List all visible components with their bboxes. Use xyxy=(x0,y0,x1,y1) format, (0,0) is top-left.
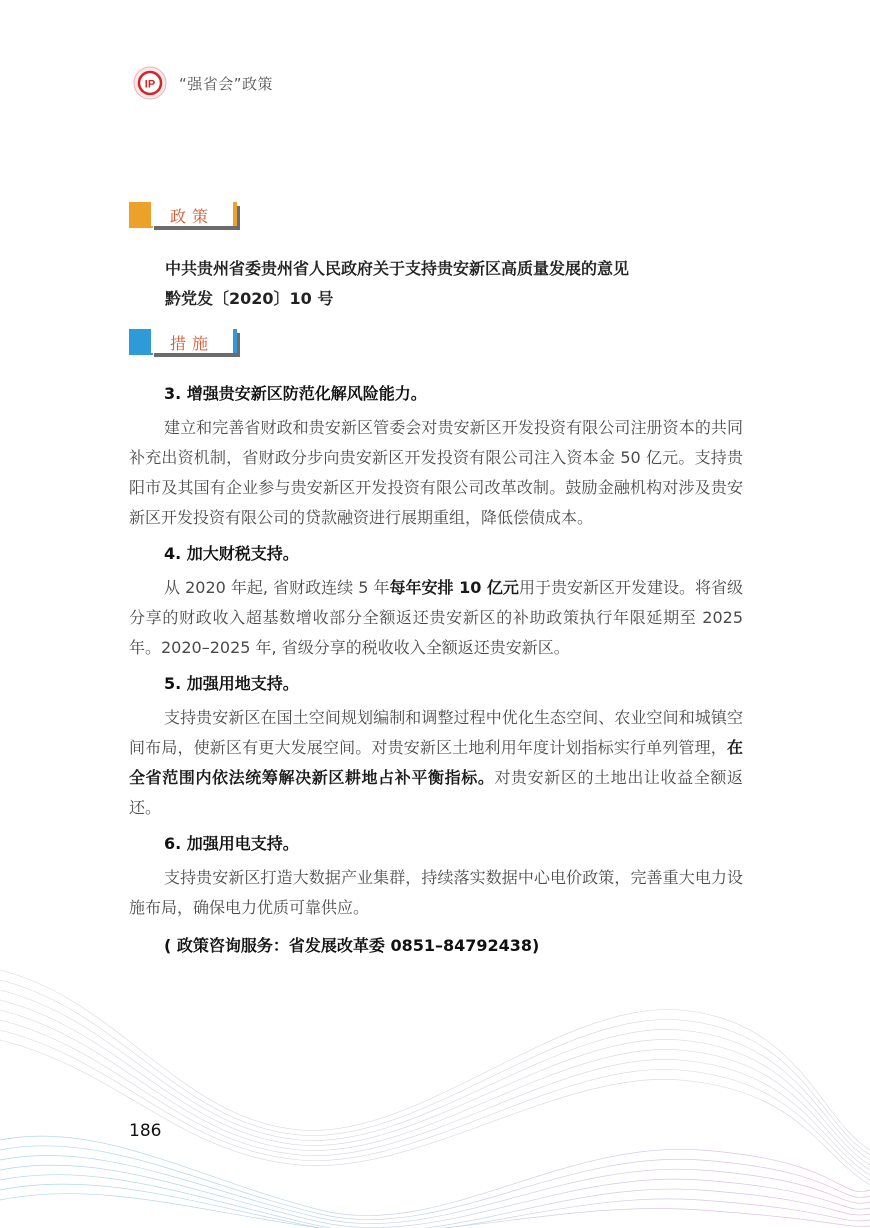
measures-tag: 措施 xyxy=(129,329,237,357)
emblem-logo-icon: IP xyxy=(133,66,167,100)
policy-tag: 政策 xyxy=(129,202,237,230)
section-paragraph-3: 建立和完善省财政和贵安新区管委会对贵安新区开发投资有限公司注册资本的共同补充出资… xyxy=(129,413,743,533)
section-heading-5: 5. 加强用地支持。 xyxy=(129,671,743,697)
section-paragraph-4: 从 2020 年起, 省财政连续 5 年每年安排 10 亿元用于贵安新区开发建设… xyxy=(129,573,743,663)
svg-text:IP: IP xyxy=(145,79,155,91)
highlight-text: 每年安排 10 亿元 xyxy=(389,578,518,597)
measures-content: 3. 增强贵安新区防范化解风险能力。 建立和完善省财政和贵安新区管委会对贵安新区… xyxy=(129,381,743,956)
header-title: “强省会”政策 xyxy=(179,73,273,94)
document-title: 中共贵州省委贵州省人民政府关于支持贵安新区高质量发展的意见 xyxy=(165,254,629,284)
measures-tag-label: 措施 xyxy=(151,331,233,354)
section-heading-3: 3. 增强贵安新区防范化解风险能力。 xyxy=(129,381,743,407)
page-number: 186 xyxy=(129,1121,161,1141)
document-number: 黔党发〔2020〕10 号 xyxy=(165,284,629,314)
section-heading-4: 4. 加大财税支持。 xyxy=(129,541,743,567)
contact-info: ( 政策咨询服务：省发展改革委 0851–84792438) xyxy=(129,933,743,956)
page-header: IP “强省会”政策 xyxy=(133,66,273,100)
document-header: 中共贵州省委贵州省人民政府关于支持贵安新区高质量发展的意见 黔党发〔2020〕1… xyxy=(165,254,629,314)
section-paragraph-6: 支持贵安新区打造大数据产业集群，持续落实数据中心电价政策，完善重大电力设施布局，… xyxy=(129,863,743,923)
section-heading-6: 6. 加强用电支持。 xyxy=(129,831,743,857)
policy-tag-label: 政策 xyxy=(151,204,233,227)
section-paragraph-5: 支持贵安新区在国土空间规划编制和调整过程中优化生态空间、农业空间和城镇空间布局，… xyxy=(129,703,743,823)
